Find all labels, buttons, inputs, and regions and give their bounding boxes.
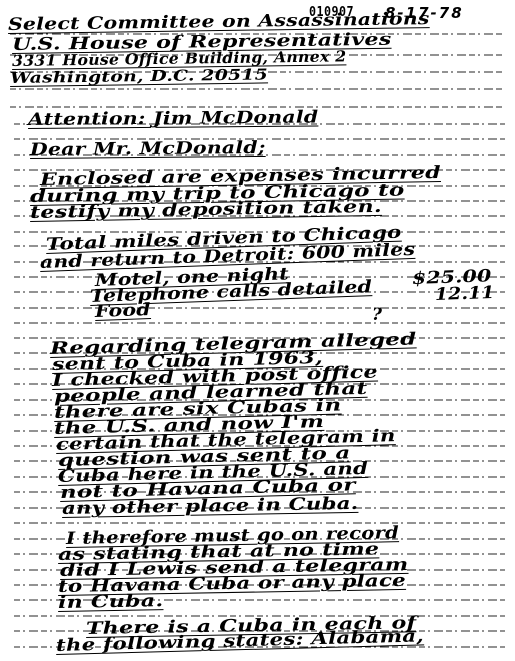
- salutation: Dear Mr. McDonald;: [30, 140, 266, 159]
- attention-line: Attention: Jim McDonald: [28, 109, 318, 129]
- address-line-4: Washington, D.C. 20515: [10, 67, 268, 86]
- paragraph-4-line-5: in Cuba.: [58, 593, 164, 612]
- expense-item-food-amount: ?: [372, 307, 382, 324]
- expense-item-telephone-amount: 12.11: [435, 285, 495, 304]
- letter-page: 010907 8-17-78 Select Committee on Assas…: [0, 0, 515, 661]
- expense-item-food-label: Food: [95, 302, 151, 321]
